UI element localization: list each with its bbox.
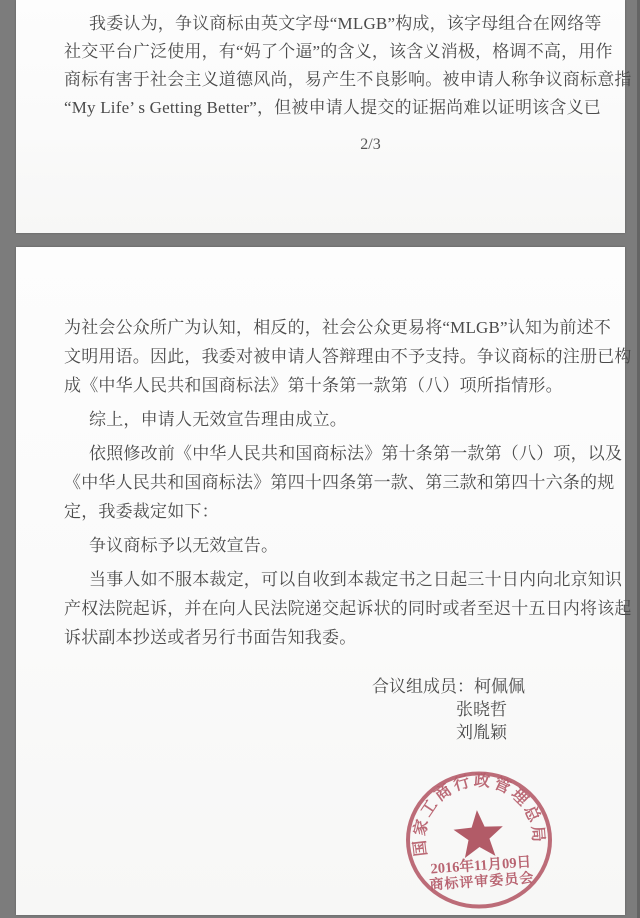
body-line: 争议商标予以无效宣告。 <box>64 531 601 560</box>
body-line: 成《中华人民共和国商标法》第十条第一款第（八）项所指情形。 <box>64 371 601 400</box>
official-seal: 国家工商行政管理总局 2016年11月09日 商标评审委员会 <box>399 768 559 918</box>
page-1-text: 我委认为，争议商标由英文字母“MLGB”构成，该字母组合在网络等 社交平台广泛使… <box>16 0 625 154</box>
panel-members-row: 合议组成员：柯佩佩 <box>372 675 525 698</box>
body-line: 文明用语。因此，我委对被申请人答辩理由不予支持。争议商标的注册已构 <box>64 342 601 371</box>
body-line: 商标有害于社会主义道德风尚，易产生不良影响。被申请人称争议商标意指 <box>64 66 601 94</box>
signature-block: 合议组成员：柯佩佩 张晓哲 刘胤颖 <box>372 675 525 744</box>
body-line: 依照修改前《中华人民共和国商标法》第十条第一款第（八）项，以及 <box>64 439 601 468</box>
body-line: “My Life’ s Getting Better”，但被申请人提交的证据尚难… <box>64 94 601 122</box>
official-seal-graphic: 国家工商行政管理总局 2016年11月09日 商标评审委员会 <box>399 768 559 918</box>
body-line: 诉状副本抄送或者另行书面告知我委。 <box>64 623 601 652</box>
body-line: 为社会公众所广为认知，相反的，社会公众更易将“MLGB”认知为前述不 <box>64 313 601 342</box>
panel-members-row: 张晓哲 <box>372 698 525 721</box>
panel-member: 柯佩佩 <box>474 677 525 696</box>
page-2: 为社会公众所广为认知，相反的，社会公众更易将“MLGB”认知为前述不 文明用语。… <box>16 247 625 915</box>
body-line: 《中华人民共和国商标法》第四十四条第一款、第三款和第四十六条的规 <box>64 468 601 497</box>
document-photo: 我委认为，争议商标由英文字母“MLGB”构成，该字母组合在网络等 社交平台广泛使… <box>0 0 640 918</box>
panel-member: 张晓哲 <box>456 700 507 719</box>
page-1: 我委认为，争议商标由英文字母“MLGB”构成，该字母组合在网络等 社交平台广泛使… <box>16 0 625 233</box>
page-number: 2/3 <box>102 136 639 154</box>
body-line: 产权法院起诉，并在向人民法院递交起诉状的同时或者至迟十五日内将该起 <box>64 594 601 623</box>
body-line: 综上，申请人无效宣告理由成立。 <box>64 405 601 434</box>
seal-star-icon <box>452 808 505 858</box>
panel-member: 刘胤颖 <box>456 723 507 742</box>
page-2-text: 为社会公众所广为认知，相反的，社会公众更易将“MLGB”认知为前述不 文明用语。… <box>16 247 625 652</box>
body-line: 当事人如不服本裁定，可以自收到本裁定书之日起三十日内向北京知识 <box>64 565 601 594</box>
panel-label: 合议组成员： <box>372 677 474 696</box>
panel-members-row: 刘胤颖 <box>372 721 525 744</box>
body-line: 我委认为，争议商标由英文字母“MLGB”构成，该字母组合在网络等 <box>64 10 601 38</box>
body-line: 社交平台广泛使用，有“妈了个逼”的含义，该含义消极，格调不高，用作 <box>64 38 601 66</box>
body-line: 定，我委裁定如下： <box>64 497 601 526</box>
